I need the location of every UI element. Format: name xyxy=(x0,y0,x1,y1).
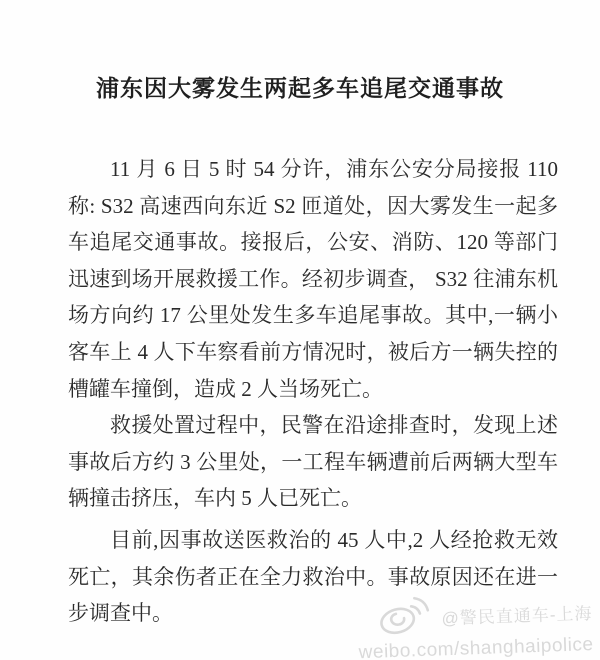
paragraph-1: 11 月 6 日 5 时 54 分许，浦东公安分局接报 110 称: S32 高… xyxy=(68,151,558,407)
document-page: 浦东因大雾发生两起多车追尾交通事故 11 月 6 日 5 时 54 分许，浦东公… xyxy=(0,0,600,660)
weibo-logo-icon xyxy=(377,593,437,644)
weibo-watermark: @警民直通车-上海 weibo.com/shanghaipolice xyxy=(357,587,594,660)
weibo-account-name: @警民直通车-上海 xyxy=(441,599,593,629)
document-body: 11 月 6 日 5 时 54 分许，浦东公安分局接报 110 称: S32 高… xyxy=(68,151,558,632)
paragraph-2: 救援处置过程中，民警在沿途排查时，发现上述事故后方约 3 公里处，一工程车辆遭前… xyxy=(68,407,558,517)
page-title: 浦东因大雾发生两起多车追尾交通事故 xyxy=(0,70,600,103)
